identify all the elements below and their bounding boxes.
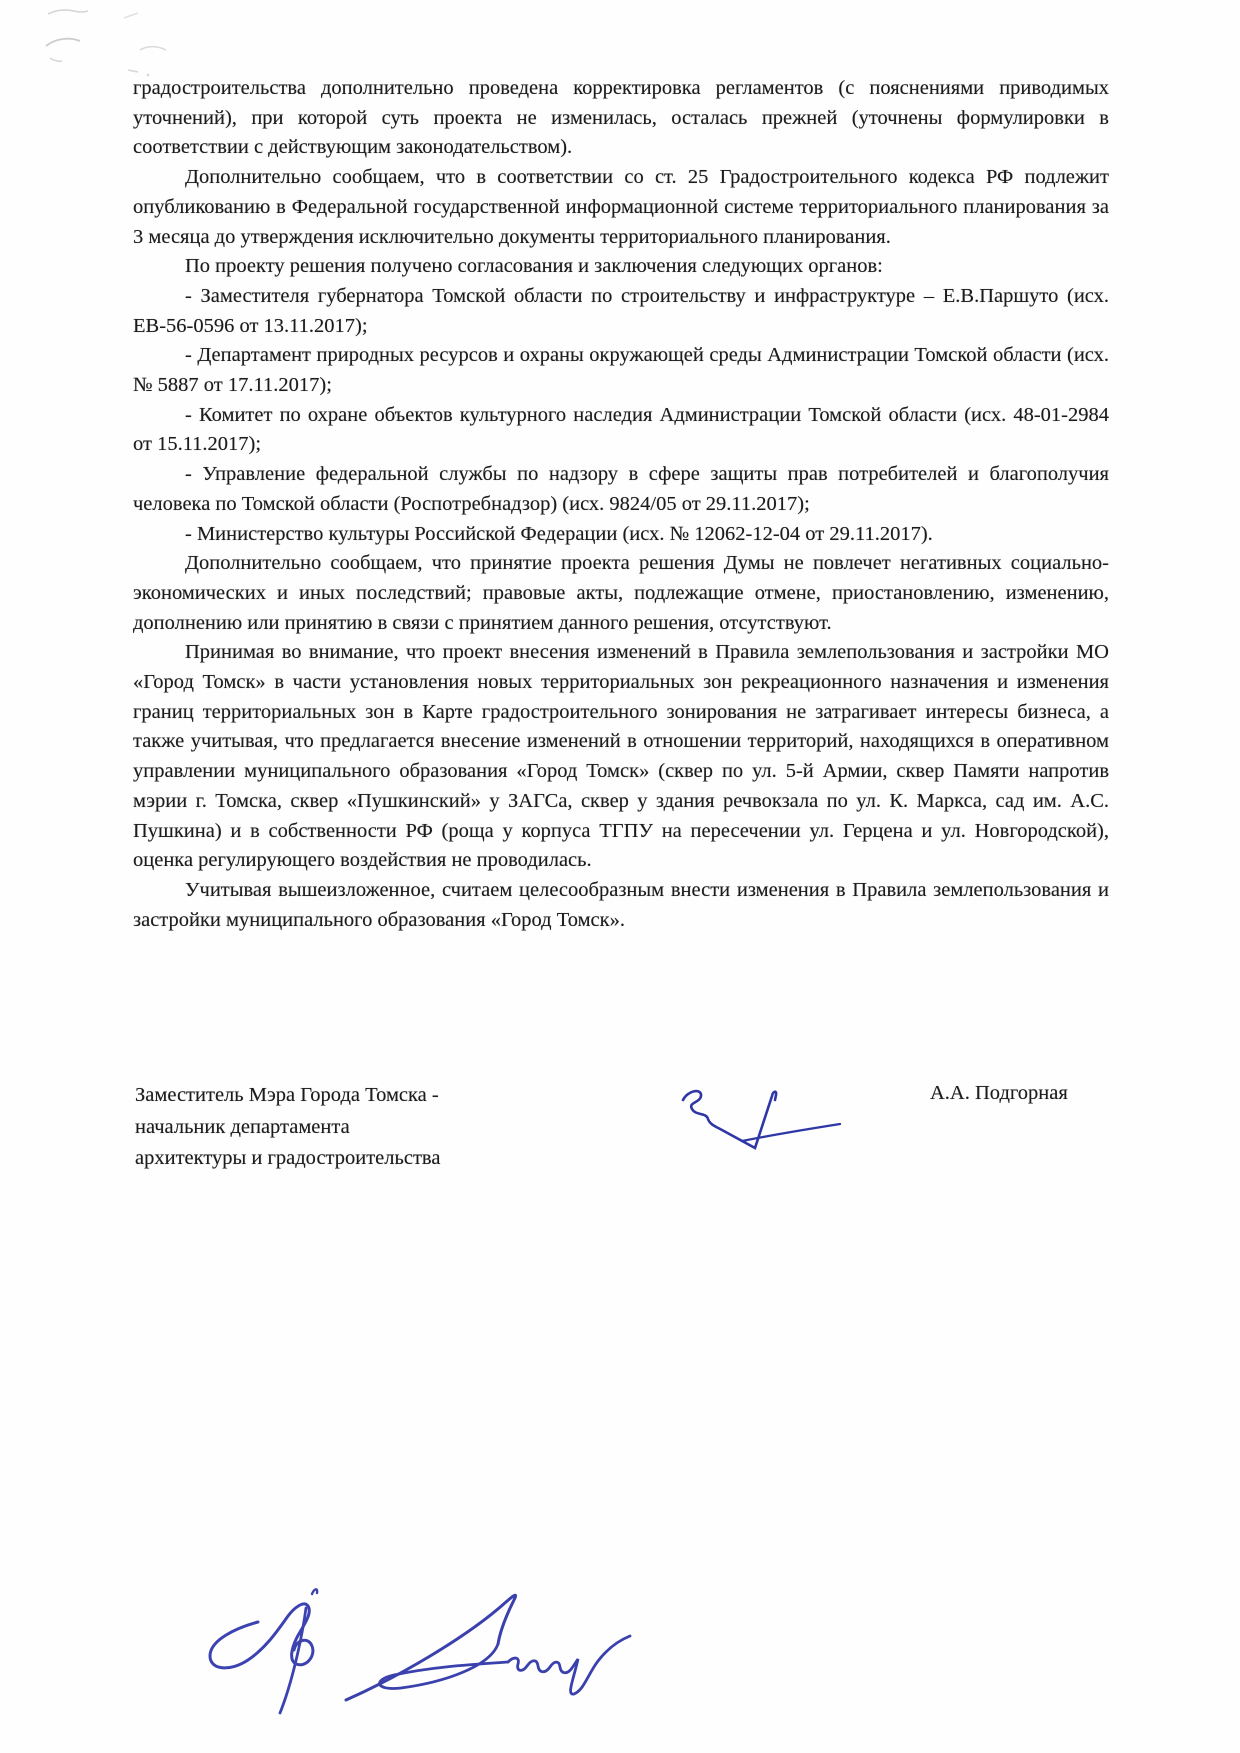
signature-ink-podgornaya xyxy=(672,1086,844,1154)
bottom-signatures-ink xyxy=(196,1578,632,1726)
list-item-approval: - Заместителя губернатора Томской област… xyxy=(133,282,1109,341)
signer-title-line: архитектуры и градостроительства xyxy=(135,1143,440,1175)
list-item-approval: - Управление федеральной службы по надзо… xyxy=(133,460,1109,519)
signer-title-line: начальник департамента xyxy=(135,1112,440,1144)
letter-body: градостроительства дополнительно проведе… xyxy=(133,74,1109,935)
list-item-approval: - Департамент природных ресурсов и охран… xyxy=(133,341,1109,400)
paragraph: Учитывая вышеизложенное, считаем целесоо… xyxy=(133,876,1109,935)
paragraph: Принимая во внимание, что проект внесени… xyxy=(133,638,1109,876)
signer-title: Заместитель Мэра Города Томска - начальн… xyxy=(135,1080,440,1175)
paragraph: градостроительства дополнительно проведе… xyxy=(133,74,1109,163)
scanned-letter-page: градостроительства дополнительно проведе… xyxy=(0,0,1240,1753)
paragraph: По проекту решения получено согласования… xyxy=(133,252,1109,282)
signer-title-line: Заместитель Мэра Города Томска - xyxy=(135,1080,440,1112)
paragraph: Дополнительно сообщаем, что принятие про… xyxy=(133,549,1109,638)
list-item-approval: - Министерство культуры Российской Федер… xyxy=(133,520,1109,550)
list-item-approval: - Комитет по охране объектов культурного… xyxy=(133,401,1109,460)
scan-artifact-smudges xyxy=(28,4,228,84)
signer-name: А.А. Подгорная xyxy=(930,1082,1068,1105)
paragraph: Дополнительно сообщаем, что в соответств… xyxy=(133,163,1109,252)
